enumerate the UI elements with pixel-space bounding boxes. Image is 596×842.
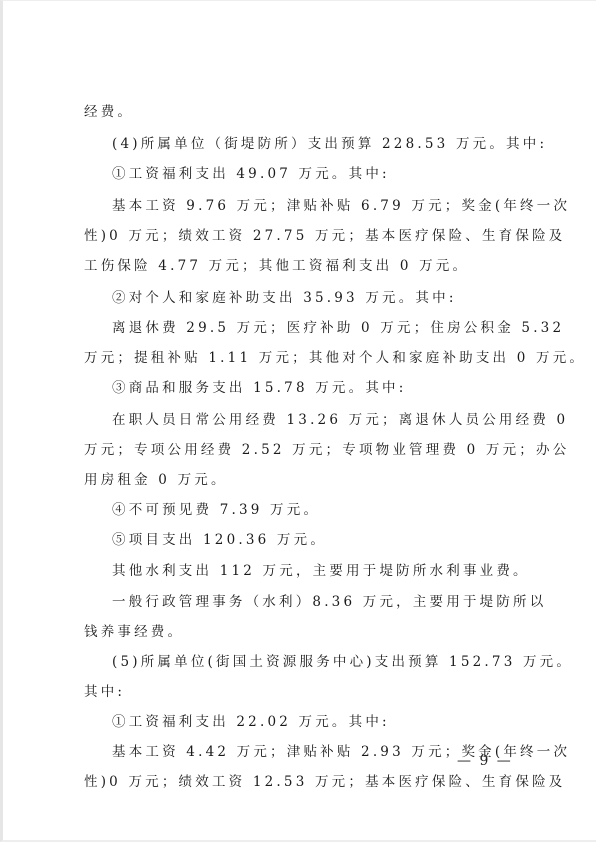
section-heading-5: (5)所属单位(街国土资源服务中心)支出预算 152.73 万元。 [112, 653, 552, 671]
subsection-heading: ①工资福利支出 22.02 万元。其中: [112, 713, 552, 731]
text-line: 钱养事经费。 [84, 623, 524, 641]
page-number: — 9 — [457, 753, 513, 769]
text-line: 基本工资 9.76 万元；津贴补贴 6.79 万元；奖金(年终一次 [112, 197, 552, 215]
text-line: 性)0 万元；绩效工资 12.53 万元；基本医疗保险、生育保险及 [84, 773, 524, 791]
subsection-heading: ⑤项目支出 120.36 万元。 [112, 531, 552, 549]
text-line: 经费。 [84, 103, 524, 121]
document-page: 经费。 (4)所属单位（街堤防所）支出预算 228.53 万元。其中: ①工资福… [0, 0, 596, 842]
subsection-heading: ③商品和服务支出 15.78 万元。其中: [112, 379, 552, 397]
text-line: 其他水利支出 112 万元，主要用于堤防所水利事业费。 [112, 562, 552, 580]
text-line: 其中: [84, 683, 524, 701]
text-line: 离退休费 29.5 万元；医疗补助 0 万元；住房公积金 5.32 [112, 319, 552, 337]
text-line: 一般行政管理事务（水利）8.36 万元，主要用于堤防所以 [112, 593, 552, 611]
text-line: 用房租金 0 万元。 [84, 471, 524, 489]
section-heading-4: (4)所属单位（街堤防所）支出预算 228.53 万元。其中: [112, 135, 552, 153]
text-line: 万元；提租补贴 1.11 万元；其他对个人和家庭补助支出 0 万元。 [84, 349, 524, 367]
text-line: 性)0 万元；绩效工资 27.75 万元；基本医疗保险、生育保险及 [84, 227, 524, 245]
subsection-heading: ④不可预见费 7.39 万元。 [112, 501, 552, 519]
text-line: 万元；专项公用经费 2.52 万元；专项物业管理费 0 万元；办公 [84, 441, 524, 459]
text-line: 在职人员日常公用经费 13.26 万元；离退休人员公用经费 0 [112, 411, 552, 429]
subsection-heading: ①工资福利支出 49.07 万元。其中: [112, 165, 552, 183]
subsection-heading: ②对个人和家庭补助支出 35.93 万元。其中: [112, 289, 552, 307]
text-line: 工伤保险 4.77 万元；其他工资福利支出 0 万元。 [84, 257, 524, 275]
